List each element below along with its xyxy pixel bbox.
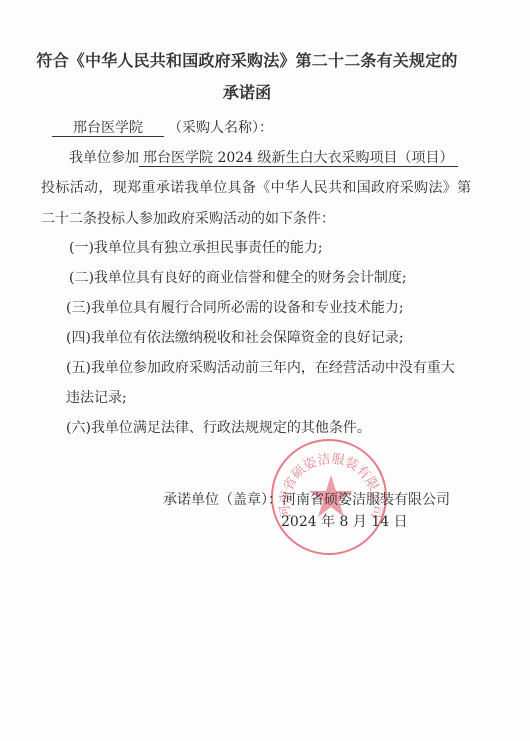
signature-company: 河南省硕姿洁服装有限公司 [282, 492, 450, 508]
condition-1: (一)我单位具有独立承担民事责任的能力; [69, 237, 323, 257]
intro-line-2: 投标活动，现郑重承诺我单位具备《中华人民共和国政府采购法》第 [41, 177, 472, 197]
signature-line: 承诺单位（盖章）：河南省硕姿洁服装有限公司 [163, 489, 450, 509]
condition-4: (四)我单位有依法缴纳税收和社会保障资金的良好记录; [66, 327, 404, 347]
condition-2: (二)我单位具有良好的商业信誉和健全的财务会计制度; [69, 267, 407, 287]
intro-line-3: 二十二条投标人参加政府采购活动的如下条件： [41, 208, 335, 228]
purchaser-name: 邢台医学院 [52, 120, 164, 137]
condition-3: (三)我单位具有履行合同所必需的设备和专业技术能力; [66, 297, 404, 317]
purchaser-line: 邢台医学院（采购人名称）： [52, 117, 273, 137]
condition-5: (五)我单位参加政府采购活动前三年内，在经营活动中没有重大 [66, 357, 455, 377]
condition-5-cont: 违法记录; [66, 387, 127, 407]
document-page: 符合《中华人民共和国政府采购法》第二十二条有关规定的 承诺函 邢台医学院（采购人… [0, 0, 530, 741]
intro-line-1: 我单位参加邢台医学院 2024 级新生白大衣采购项目（项目） [69, 147, 458, 167]
intro-prefix: 我单位参加 [69, 150, 139, 166]
signature-date: 2024 年 8 月 14 日 [281, 511, 408, 531]
purchaser-label: （采购人名称）： [168, 120, 273, 136]
document-subtitle: 承诺函 [0, 80, 512, 103]
project-name: 邢台医学院 2024 级新生白大衣采购项目（项目） [139, 150, 458, 167]
condition-6: (六)我单位满足法律、行政法规规定的其他条件。 [66, 417, 371, 437]
signature-label: 承诺单位（盖章）： [163, 492, 282, 508]
document-title: 符合《中华人民共和国政府采购法》第二十二条有关规定的 [0, 48, 512, 71]
